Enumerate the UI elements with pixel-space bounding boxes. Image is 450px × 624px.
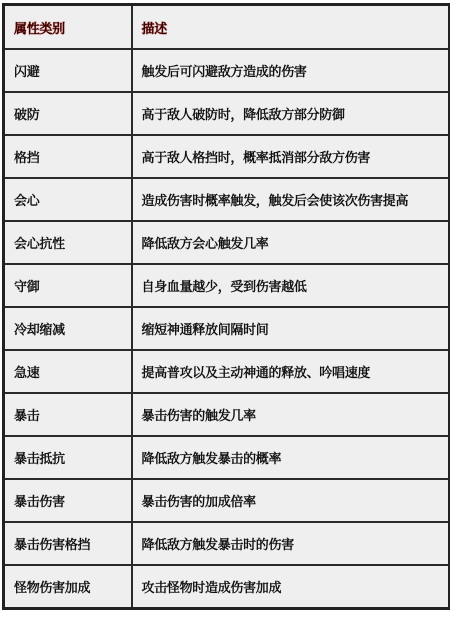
row-description: 高于敌人格挡时，概率抵消部分敌方伤害 [132, 135, 450, 178]
row-category: 暴击 [4, 393, 132, 436]
row-category: 会心抗性 [4, 221, 132, 264]
table-header-row: 属性类别 描述 [4, 5, 450, 50]
table-row: 暴击伤害格挡 降低敌方触发暴击时的伤害 [4, 522, 450, 565]
row-description: 暴击伤害的触发几率 [132, 393, 450, 436]
row-description: 缩短神通释放间隔时间 [132, 307, 450, 350]
table-row: 冷却缩减 缩短神通释放间隔时间 [4, 307, 450, 350]
row-description: 触发后可闪避敌方造成的伤害 [132, 49, 450, 92]
row-category: 急速 [4, 350, 132, 393]
row-description: 高于敌人破防时，降低敌方部分防御 [132, 92, 450, 135]
row-category: 冷却缩减 [4, 307, 132, 350]
table-row: 格挡 高于敌人格挡时，概率抵消部分敌方伤害 [4, 135, 450, 178]
table-row: 会心抗性 降低敌方会心触发几率 [4, 221, 450, 264]
row-category: 会心 [4, 178, 132, 221]
table-row: 急速 提高普攻以及主动神通的释放、吟唱速度 [4, 350, 450, 393]
row-category: 怪物伤害加成 [4, 565, 132, 609]
row-category: 格挡 [4, 135, 132, 178]
row-description: 降低敌方触发暴击时的伤害 [132, 522, 450, 565]
table-row: 暴击 暴击伤害的触发几率 [4, 393, 450, 436]
row-description: 造成伤害时概率触发，触发后会使该次伤害提高 [132, 178, 450, 221]
row-category: 暴击抵抗 [4, 436, 132, 479]
table-row: 闪避 触发后可闪避敌方造成的伤害 [4, 49, 450, 92]
row-category: 守御 [4, 264, 132, 307]
table-row: 会心 造成伤害时概率触发，触发后会使该次伤害提高 [4, 178, 450, 221]
attribute-table: 属性类别 描述 闪避 触发后可闪避敌方造成的伤害 破防 高于敌人破防时，降低敌方… [2, 3, 450, 610]
row-description: 攻击怪物时造成伤害加成 [132, 565, 450, 609]
table-row: 守御 自身血量越少，受到伤害越低 [4, 264, 450, 307]
row-description: 降低敌方触发暴击的概率 [132, 436, 450, 479]
row-description: 提高普攻以及主动神通的释放、吟唱速度 [132, 350, 450, 393]
table-row: 破防 高于敌人破防时，降低敌方部分防御 [4, 92, 450, 135]
row-description: 暴击伤害的加成倍率 [132, 479, 450, 522]
table-row: 暴击抵抗 降低敌方触发暴击的概率 [4, 436, 450, 479]
header-category: 属性类别 [4, 5, 132, 50]
table-row: 暴击伤害 暴击伤害的加成倍率 [4, 479, 450, 522]
row-category: 破防 [4, 92, 132, 135]
row-description: 降低敌方会心触发几率 [132, 221, 450, 264]
table-row: 怪物伤害加成 攻击怪物时造成伤害加成 [4, 565, 450, 609]
header-description: 描述 [132, 5, 450, 50]
row-category: 暴击伤害 [4, 479, 132, 522]
row-category: 暴击伤害格挡 [4, 522, 132, 565]
row-category: 闪避 [4, 49, 132, 92]
row-description: 自身血量越少，受到伤害越低 [132, 264, 450, 307]
document-frame: 属性类别 描述 闪避 触发后可闪避敌方造成的伤害 破防 高于敌人破防时，降低敌方… [0, 0, 450, 624]
